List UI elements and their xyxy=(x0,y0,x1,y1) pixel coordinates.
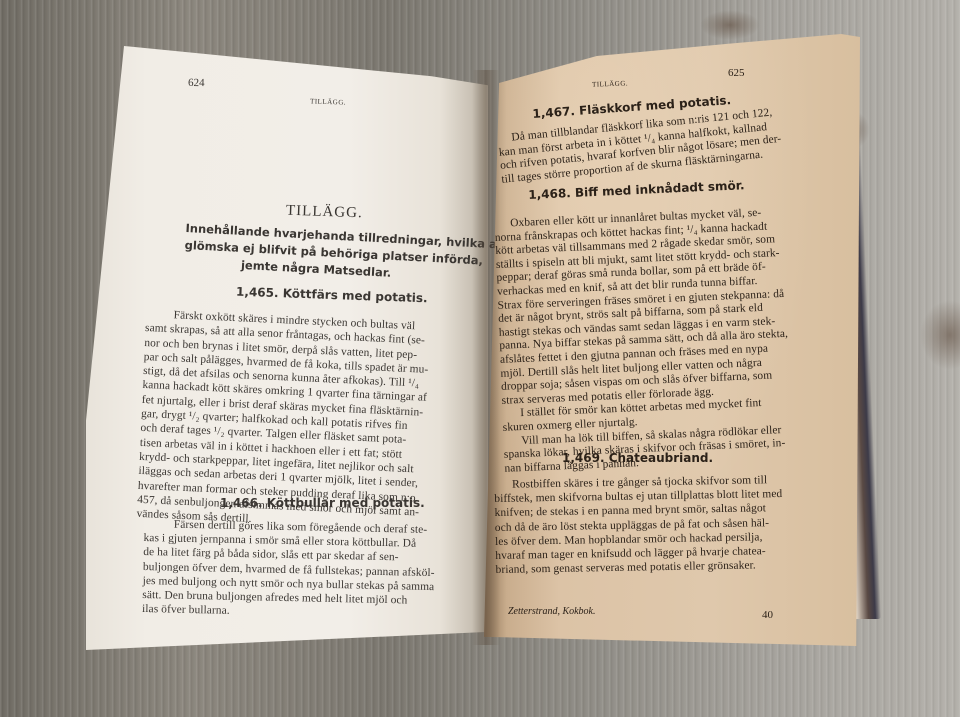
left-page-number: 624 xyxy=(188,77,205,89)
recipe-title-1466: 1,466. Köttbullar med potatis. xyxy=(220,496,425,510)
photo-scene: 624 TILLÄGG. TILLÄGG. Innehållande hvarj… xyxy=(0,0,960,717)
recipe-body-1466: Färsen dertill göres lika som föregående… xyxy=(142,517,466,623)
recipe-body-1468: Oxbaren eller kött ur innanlåret bultas … xyxy=(494,205,805,476)
left-running-head: TILLÄGG. xyxy=(310,97,346,106)
recipe-body-1469: Rostbiffen skäres i tre gånger så tjocka… xyxy=(494,472,814,577)
chapter-title: TILLÄGG. xyxy=(286,203,363,223)
footer-signature: Zetterstrand, Kokbok. xyxy=(508,606,596,617)
footer-sheet-number: 40 xyxy=(762,609,773,621)
right-running-head: TILLÄGG. xyxy=(592,79,628,88)
recipe-title-1469: 1,469. Chateaubriand. xyxy=(562,451,713,465)
right-page-number: 625 xyxy=(728,67,745,79)
wood-knot xyxy=(920,300,960,370)
wood-knot xyxy=(700,10,760,40)
